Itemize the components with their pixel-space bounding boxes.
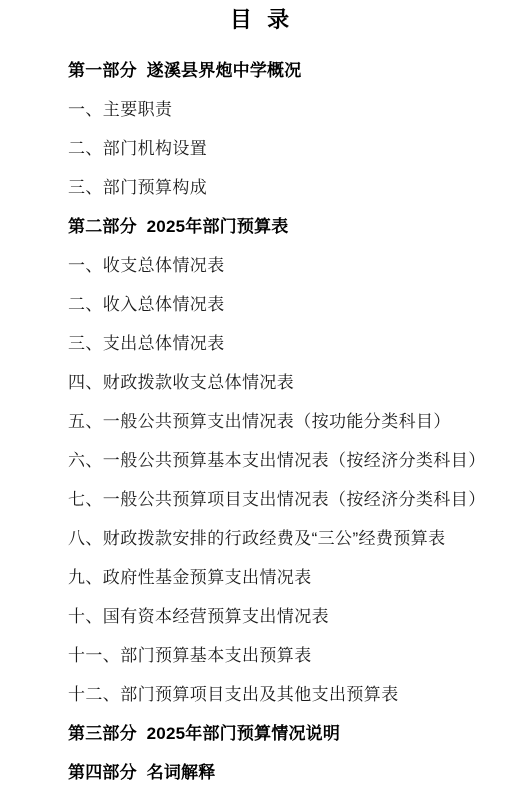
toc-item: 十二、部门预算项目支出及其他支出预算表 xyxy=(68,673,506,712)
toc-item-label: 四、财政拨款收支总体情况表 xyxy=(68,368,294,393)
toc-item-label: 五、一般公共预算支出情况表（按功能分类科目） xyxy=(68,407,451,432)
document-page: 目 录 第一部分 遂溪县界炮中学概况 一、主要职责 二、部门机构设置 三、部门预… xyxy=(0,0,520,810)
toc-item-label: 第三部分 2025年部门预算情况说明 xyxy=(68,719,340,744)
toc-item-label: 第一部分 遂溪县界炮中学概况 xyxy=(68,56,301,81)
toc-item: 第一部分 遂溪县界炮中学概况 xyxy=(68,49,506,88)
toc-item: 第四部分 名词解释 xyxy=(68,751,506,790)
toc-item: 五、一般公共预算支出情况表（按功能分类科目） xyxy=(68,400,506,439)
toc-item: 二、收入总体情况表 xyxy=(68,283,506,322)
toc-item: 十一、部门预算基本支出预算表 xyxy=(68,634,506,673)
toc-item: 十、国有资本经营预算支出情况表 xyxy=(68,595,506,634)
toc-item: 三、部门预算构成 xyxy=(68,166,506,205)
toc-item: 一、收支总体情况表 xyxy=(68,244,506,283)
toc-item-label: 十二、部门预算项目支出及其他支出预算表 xyxy=(68,680,399,705)
toc-item-label: 六、一般公共预算基本支出情况表（按经济分类科目） xyxy=(68,446,486,471)
toc-item-label: 一、收支总体情况表 xyxy=(68,251,225,276)
toc-item: 四、财政拨款收支总体情况表 xyxy=(68,361,506,400)
table-of-contents: 第一部分 遂溪县界炮中学概况 一、主要职责 二、部门机构设置 三、部门预算构成 … xyxy=(68,49,506,790)
toc-item: 第三部分 2025年部门预算情况说明 xyxy=(68,712,506,751)
toc-item: 三、支出总体情况表 xyxy=(68,322,506,361)
toc-item: 六、一般公共预算基本支出情况表（按经济分类科目） xyxy=(68,439,506,478)
toc-item: 一、主要职责 xyxy=(68,88,506,127)
toc-item-label: 二、收入总体情况表 xyxy=(68,290,225,315)
toc-item-label: 十一、部门预算基本支出预算表 xyxy=(68,641,312,666)
toc-item-label: 三、支出总体情况表 xyxy=(68,329,225,354)
toc-item: 九、政府性基金预算支出情况表 xyxy=(68,556,506,595)
page-title: 目 录 xyxy=(0,3,520,34)
toc-item-label: 三、部门预算构成 xyxy=(68,173,207,198)
toc-item: 八、财政拨款安排的行政经费及“三公”经费预算表 xyxy=(68,517,506,556)
toc-item: 二、部门机构设置 xyxy=(68,127,506,166)
toc-item-label: 一、主要职责 xyxy=(68,95,172,120)
toc-item: 七、一般公共预算项目支出情况表（按经济分类科目） xyxy=(68,478,506,517)
toc-item-label: 八、财政拨款安排的行政经费及“三公”经费预算表 xyxy=(68,524,446,549)
toc-item-label: 第四部分 名词解释 xyxy=(68,758,215,783)
toc-item-label: 七、一般公共预算项目支出情况表（按经济分类科目） xyxy=(68,485,486,510)
toc-item: 第二部分 2025年部门预算表 xyxy=(68,205,506,244)
toc-item-label: 二、部门机构设置 xyxy=(68,134,207,159)
toc-item-label: 十、国有资本经营预算支出情况表 xyxy=(68,602,329,627)
toc-item-label: 九、政府性基金预算支出情况表 xyxy=(68,563,312,588)
toc-item-label: 第二部分 2025年部门预算表 xyxy=(68,212,288,237)
